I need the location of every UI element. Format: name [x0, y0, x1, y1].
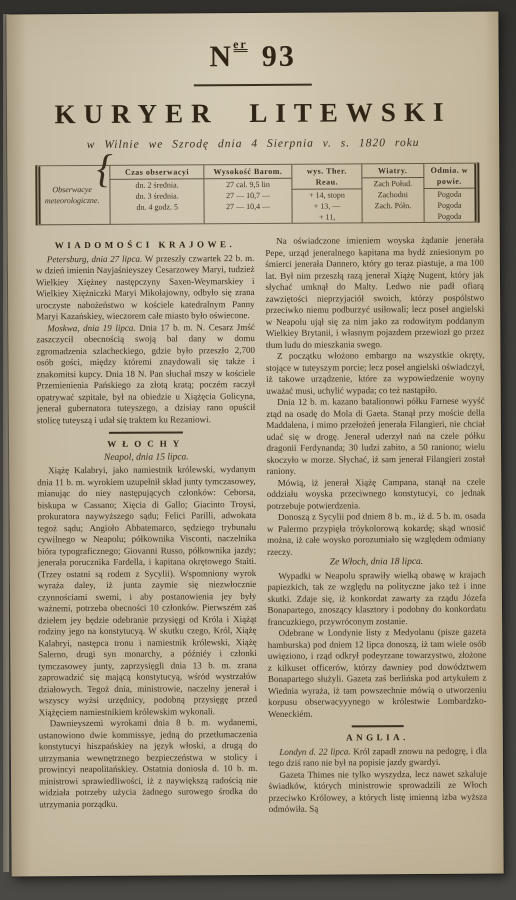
- table-cell: 27 cal. 9,5 lin: [204, 179, 291, 191]
- paragraph: Xiążę Kalabryi, jako namiestnik królewsk…: [37, 464, 257, 718]
- paragraph: Odebrane w Londynie listy z Medyolanu (p…: [268, 627, 487, 720]
- weather-table-label: Obserwacye meteorologiczne. {: [40, 166, 110, 224]
- weather-header: Wysokość Barom.: [204, 165, 291, 180]
- issue-superscript: er: [233, 39, 248, 52]
- masthead: Ner93 KURYER LITEWSKI w Wilnie we Szrodę…: [6, 12, 499, 152]
- issue-n: N: [209, 40, 233, 73]
- article-columns: WIADOMOŚCI KRAJOWE. Petersburg, dnia 27 …: [36, 235, 488, 817]
- dateline: w Wilnie we Szrodę dnia 4 Sierpnia v. s.…: [7, 137, 499, 152]
- column-right: Na oświadczone imieniem woyska żądanie j…: [265, 235, 487, 816]
- weather-col-thermometer: wys. Ther. Reau. + 14, stopn + 13, — + 1…: [291, 164, 361, 222]
- paragraph: Moskwa, dnia 19 lipca. Dnia 17 b. m. N. …: [36, 321, 255, 426]
- table-cell: Zach. Półn.: [362, 200, 423, 211]
- table-cell: dn. 2 średnia.: [111, 179, 204, 191]
- section-divider: [109, 431, 183, 433]
- brace-glyph: {: [97, 163, 113, 174]
- table-cell: Pogoda: [424, 200, 474, 211]
- weather-header: Odmia. w powie.: [424, 164, 474, 189]
- column-left: WIADOMOŚCI KRAJOWE. Petersburg, dnia 27 …: [36, 236, 258, 817]
- weather-table: Obserwacye meteorologiczne. { Czas obser…: [35, 163, 479, 226]
- table-cell: 27 — 10,4 —: [205, 201, 292, 213]
- dateline-lead: Moskwa, dnia 19 lipca.: [47, 322, 135, 333]
- table-cell: 27 — 10,7 —: [204, 190, 291, 202]
- masthead-divider: [194, 84, 312, 87]
- newspaper-page: Ner93 KURYER LITEWSKI w Wilnie we Szrodę…: [6, 12, 503, 877]
- weather-col-winds: Wiatry. Zach Połud. Zachodni Zach. Półn.: [361, 164, 424, 222]
- paragraph: Londyn d. 22 lipca. Król zapadł znowu na…: [268, 745, 487, 769]
- paragraph: Z początku włożono embargo na wszystkie …: [266, 350, 485, 397]
- table-cell: Zach Połud.: [362, 178, 423, 189]
- table-cell: Pogoda: [424, 189, 474, 200]
- paragraph: Petersburg, dnia 27 lipca. W przeszły cz…: [36, 253, 255, 323]
- section-divider: [351, 725, 403, 727]
- section-heading-domestic-news: WIADOMOŚCI KRAJOWE.: [36, 239, 255, 252]
- paragraph: Wypadki w Neapolu sprawiły wielką obawę …: [267, 569, 486, 628]
- dateline-lead: Londyn d. 22 lipca.: [279, 746, 350, 756]
- weather-header: Czas obserwacyi: [111, 165, 204, 180]
- table-cell: + 11,: [293, 211, 362, 222]
- weather-col-barometer: Wysokość Barom. 27 cal. 9,5 lin 27 — 10,…: [203, 165, 291, 224]
- table-cell: Zachodni: [362, 189, 423, 200]
- table-cell: Pogoda: [425, 211, 475, 222]
- dateline-lead: Petersburg, dnia 27 lipca.: [47, 253, 142, 264]
- paragraph: Dnia 12 b. m. kazano batalionowi półku F…: [266, 396, 485, 478]
- weather-col-sky: Odmia. w powie. Pogoda Pogoda Pogoda: [423, 164, 474, 222]
- issue-no: 93: [262, 40, 296, 73]
- section-heading-italy: WŁOCHY: [37, 438, 256, 451]
- weather-header: Wiatry.: [362, 164, 423, 178]
- paragraph: Dawnieyszemi wyrokami dnia 8 b. m. wydan…: [39, 717, 258, 810]
- table-cell: dn. 4 godz. 5: [111, 201, 204, 213]
- subheading-naples: Neapol, dnia 15 lipca.: [37, 451, 256, 464]
- table-cell: + 14, stopn: [293, 189, 362, 200]
- paragraph-text: Dnia 17 b. m. N. Cesarz Jmść zaszczycił …: [36, 321, 255, 424]
- subheading-from-italy: Ze Włoch, dnia 18 lipca.: [267, 557, 486, 570]
- weather-col-time: Czas obserwacyi dn. 2 średnia. dn. 3 śre…: [110, 165, 204, 224]
- newspaper-title: KURYER LITEWSKI: [7, 97, 499, 131]
- paragraph: Donoszą z Sycylii pod dniem 8 b. m., iż …: [267, 511, 486, 558]
- weather-header: wys. Ther. Reau.: [292, 164, 361, 189]
- section-heading-england: ANGLIA.: [268, 732, 487, 745]
- paragraph: Mówią, iż jenerał Xiążę Campana, stanął …: [267, 476, 486, 512]
- paragraph: Gazeta Thimes nie tylko wyszydza, lecz n…: [268, 768, 487, 815]
- table-cell: dn. 3 średnia.: [111, 190, 204, 202]
- weather-label-text: Obserwacye meteorologiczne.: [42, 184, 101, 206]
- issue-number: Ner93: [7, 38, 499, 76]
- paragraph: Na oświadczone imieniem woyska żądanie j…: [265, 235, 484, 351]
- table-cell: + 13, —: [293, 200, 362, 211]
